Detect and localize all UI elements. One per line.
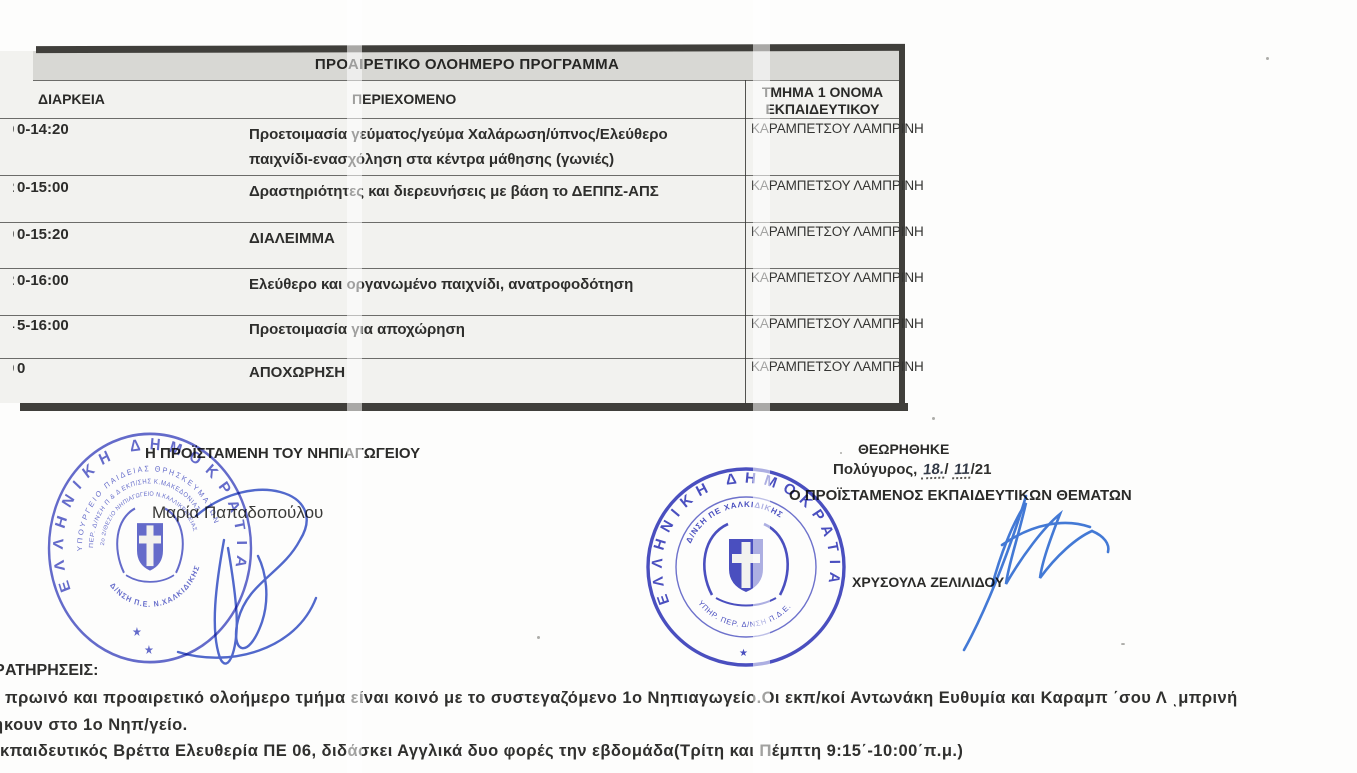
table-row-content: Προετοιμασία γεύματος/γεύμα Χαλάρωση/ύπν…: [249, 122, 733, 172]
scan-speck: [1266, 57, 1269, 60]
column-header-duration: ΔΙΑΡΚΕΙΑ: [38, 91, 105, 107]
table-grid-line: [33, 80, 900, 81]
table-row-teacher: ΚΑΡΑΜΠΕΤΣΟΥ ΛΑΜΠΡΙΝΗ: [751, 224, 901, 239]
table-row-teacher: ΚΑΡΑΜΠΕΤΣΟΥ ΛΑΜΠΡΙΝΗ: [751, 316, 901, 331]
approval-date-line: Πολύγυρος, 18./ 11/21: [833, 461, 991, 479]
table-grid-line: [0, 175, 900, 176]
coat-of-arms-icon: [704, 524, 787, 606]
coat-of-arms-icon: [117, 508, 183, 581]
table-row-content: Προετοιμασία για αποχώρηση: [249, 317, 733, 342]
column-header-teacher-line1: ΤΜΗΜΑ 1 ΟΝΟΜΑ: [747, 84, 898, 101]
table-row-teacher: ΚΑΡΑΜΠΕΤΣΟΥ ΛΑΜΠΡΙΝΗ: [751, 270, 901, 285]
note-line: πρωινό και προαιρετικό ολοήμερο τμήμα εί…: [5, 689, 1238, 708]
table-row-time: 45-16:00: [13, 317, 69, 334]
svg-text:Δ/ΝΣΗ ΠΕ ΧΑΛΚΙΔΙΚΗΣ: Δ/ΝΣΗ ΠΕ ΧΑΛΚΙΔΙΚΗΣ: [684, 500, 785, 545]
table-title: ΠΡΟΑΙΡΕΤΙΚΟ ΟΛΟΗΜΕΡΟ ΠΡΟΓΡΑΜΜΑ: [35, 56, 899, 73]
table-row-content: Δραστηριότητες και διερευνήσεις με βάση …: [249, 179, 733, 204]
table-grid-line: [0, 222, 900, 223]
handwritten-month: 11: [952, 462, 972, 480]
stamp-ring-text: ΥΠΗΡ. ΠΕΡ. Δ/ΝΣΗ Π.Δ.Ε.: [696, 599, 793, 630]
table-column-divider: [745, 80, 746, 404]
scanned-document-page: ΠΡΟΑΙΡΕΤΙΚΟ ΟΛΟΗΜΕΡΟ ΠΡΟΓΡΑΜΜΑ ΔΙΑΡΚΕΙΑ …: [0, 0, 1357, 773]
table-row-time: 00-14:20: [13, 121, 69, 138]
table-row-content: ΑΠΟΧΩΡΗΣΗ: [249, 360, 733, 385]
star-icon: ★: [144, 644, 154, 658]
table-row-time: 00-15:20: [13, 226, 69, 243]
table-row-teacher: ΚΑΡΑΜΠΕΤΣΟΥ ΛΑΜΠΡΙΝΗ: [751, 178, 901, 193]
handwritten-day: 18.: [921, 462, 946, 480]
table-row-time: 20-15:00: [13, 179, 69, 196]
table-row-content: Ελεύθερο και οργανωμένο παιχνίδι, ανατρο…: [249, 272, 733, 297]
scan-speck: [932, 417, 935, 420]
column-header-teacher: ΤΜΗΜΑ 1 ΟΝΟΜΑ ΕΚΠΑΙΔΕΥΤΙΚΟΥ: [747, 84, 898, 118]
column-header-teacher-line2: ΕΚΠΑΙΔΕΥΤΙΚΟΥ: [747, 101, 898, 118]
table-grid-line: [0, 118, 900, 119]
star-icon: ★: [739, 648, 748, 659]
scan-speck: [1121, 643, 1125, 645]
column-header-content: ΠΕΡΙΕΧΟΜΕΝΟ: [352, 91, 456, 107]
round-stamp-right: ΕΛΛΗΝΙΚΗ ΔΗΜΟΚΡΑΤΙΑ Δ/ΝΣΗ ΠΕ ΧΑΛΚΙΔΙΚΗΣ …: [641, 463, 851, 671]
table-row-teacher: ΚΑΡΑΜΠΕΤΣΟΥ ΛΑΜΠΡΙΝΗ: [751, 121, 901, 136]
approval-heading: ΘΕΩΡΗΘΗΚΕ: [858, 441, 949, 457]
right-signatory-name: ΧΡΥΣΟΥΛΑ ΖΕΛΙΛΙΔΟΥ: [852, 574, 1004, 590]
star-icon: ★: [132, 626, 142, 640]
table-row-time: 20-16:00: [13, 272, 69, 289]
svg-text:ΥΠΗΡ. ΠΕΡ. Δ/ΝΣΗ Π.Δ.Ε.: ΥΠΗΡ. ΠΕΡ. Δ/ΝΣΗ Π.Δ.Ε.: [696, 599, 793, 630]
table-row-time: 00: [13, 360, 25, 377]
table-grid-line: [0, 268, 900, 269]
scan-speck: [537, 636, 540, 639]
stamp-ring-text: Δ/ΝΣΗ ΠΕ ΧΑΛΚΙΔΙΚΗΣ: [684, 500, 785, 545]
table-row-content: ΔΙΑΛΕΙΜΜΑ: [249, 226, 733, 251]
signature-right: [964, 496, 1108, 650]
note-line: ηκουν στο 1ο Νηπ/γείο.: [0, 716, 188, 735]
scan-speck: [840, 452, 842, 454]
table-row-teacher: ΚΑΡΑΜΠΕΤΣΟΥ ΛΑΜΠΡΙΝΗ: [751, 359, 901, 374]
date-year: /21: [971, 461, 992, 478]
round-stamp-left: ΕΛΛΗΝΙΚΗ ΔΗΜΟΚΡΑΤΙΑ ΥΠΟΥΡΓΕΙΟ ΠΑΙΔΕΙΑΣ Θ…: [44, 426, 256, 670]
note-line: κπαιδευτικός Βρέττα Ελευθερία ΠΕ 06, διδ…: [0, 742, 963, 761]
table-border-bottom: [20, 403, 908, 411]
